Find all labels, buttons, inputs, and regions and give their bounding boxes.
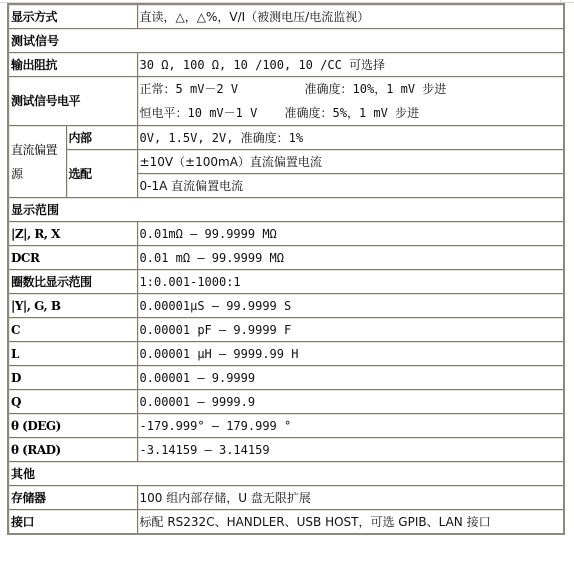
- internal-value: 0V, 1.5V, 2V, 准确度：1%: [137, 126, 564, 150]
- row-value: -3.14159 — 3.14159: [137, 438, 564, 462]
- row-label: C: [8, 318, 137, 342]
- row-value: -179.999° — 179.999 °: [137, 414, 564, 438]
- table-row: 输出阻抗 30 Ω, 100 Ω, 10 /100, 10 /CC 可选择: [8, 53, 564, 77]
- table-row: θ (RAD) -3.14159 — 3.14159: [8, 438, 564, 462]
- section-row: 显示范围: [8, 198, 564, 222]
- constant-level: 恒电平：10 mV－1 V: [140, 101, 285, 125]
- internal-label: 内部: [66, 126, 137, 150]
- row-value: 正常：5 mV－2 V准确度：10%，1 mV 步进 恒电平：10 mV－1 V…: [137, 77, 564, 126]
- table-row: D 0.00001 — 9.9999: [8, 366, 564, 390]
- table-row: 接口 标配 RS232C、HANDLER、USB HOST，可选 GPIB、LA…: [8, 510, 564, 535]
- section-header: 测试信号: [8, 29, 564, 53]
- row-value: 直读，△，△%，V/I（被测电压/电流监视）: [137, 4, 564, 29]
- row-value: 标配 RS232C、HANDLER、USB HOST，可选 GPIB、LAN 接…: [137, 510, 564, 535]
- table-row: 测试信号电平 正常：5 mV－2 V准确度：10%，1 mV 步进 恒电平：10…: [8, 77, 564, 126]
- constant-accuracy: 准确度：5%，1 mV 步进: [285, 106, 420, 120]
- table-row: 选配 ±10V（±100mA）直流偏置电流: [8, 150, 564, 174]
- table-row: DCR 0.01 mΩ — 99.9999 MΩ: [8, 246, 564, 270]
- section-header: 显示范围: [8, 198, 564, 222]
- row-label: Q: [8, 390, 137, 414]
- row-label: 输出阻抗: [8, 53, 137, 77]
- optional-value-2: 0-1A 直流偏置电流: [137, 174, 564, 198]
- section-row: 其他: [8, 462, 564, 486]
- row-label: θ (DEG): [8, 414, 137, 438]
- row-value: 0.00001 — 9.9999: [137, 366, 564, 390]
- row-value: 0.00001μS — 99.9999 S: [137, 294, 564, 318]
- row-value: 0.00001 — 9999.9: [137, 390, 564, 414]
- row-label: 接口: [8, 510, 137, 535]
- table-row: L 0.00001 μH — 9999.99 H: [8, 342, 564, 366]
- table-row: |Z|, R, X 0.01mΩ — 99.9999 MΩ: [8, 222, 564, 246]
- table-row: |Y|, G, B 0.00001μS — 99.9999 S: [8, 294, 564, 318]
- table-row: 显示方式 直读，△，△%，V/I（被测电压/电流监视）: [8, 4, 564, 29]
- row-label: 圈数比显示范围: [8, 270, 137, 294]
- table-row: θ (DEG) -179.999° — 179.999 °: [8, 414, 564, 438]
- row-label: θ (RAD): [8, 438, 137, 462]
- section-header: 其他: [8, 462, 564, 486]
- normal-level: 正常：5 mV－2 V: [140, 77, 305, 101]
- normal-accuracy: 准确度：10%，1 mV 步进: [305, 82, 447, 96]
- row-value: 0.01mΩ — 99.9999 MΩ: [137, 222, 564, 246]
- spec-table: 显示方式 直读，△，△%，V/I（被测电压/电流监视） 测试信号 输出阻抗 30…: [7, 3, 565, 535]
- row-label: |Z|, R, X: [8, 222, 137, 246]
- row-label: 测试信号电平: [8, 77, 137, 126]
- row-value: 30 Ω, 100 Ω, 10 /100, 10 /CC 可选择: [137, 53, 564, 77]
- table-row: C 0.00001 pF — 9.9999 F: [8, 318, 564, 342]
- row-label: D: [8, 366, 137, 390]
- row-label: 显示方式: [8, 4, 137, 29]
- row-value: 0.00001 pF — 9.9999 F: [137, 318, 564, 342]
- row-label: 存储器: [8, 486, 137, 510]
- dc-bias-label: 直流偏置源: [8, 126, 66, 198]
- row-label: |Y|, G, B: [8, 294, 137, 318]
- row-value: 100 组内部存储，U 盘无限扩展: [137, 486, 564, 510]
- row-value: 0.01 mΩ — 99.9999 MΩ: [137, 246, 564, 270]
- row-value: 0.00001 μH — 9999.99 H: [137, 342, 564, 366]
- row-label: DCR: [8, 246, 137, 270]
- section-row: 测试信号: [8, 29, 564, 53]
- optional-value-1: ±10V（±100mA）直流偏置电流: [137, 150, 564, 174]
- table-row: Q 0.00001 — 9999.9: [8, 390, 564, 414]
- row-value: 1:0.001-1000:1: [137, 270, 564, 294]
- table-row: 存储器 100 组内部存储，U 盘无限扩展: [8, 486, 564, 510]
- row-label: L: [8, 342, 137, 366]
- table-row: 圈数比显示范围 1:0.001-1000:1: [8, 270, 564, 294]
- table-row: 直流偏置源 内部 0V, 1.5V, 2V, 准确度：1%: [8, 126, 564, 150]
- optional-label: 选配: [66, 150, 137, 198]
